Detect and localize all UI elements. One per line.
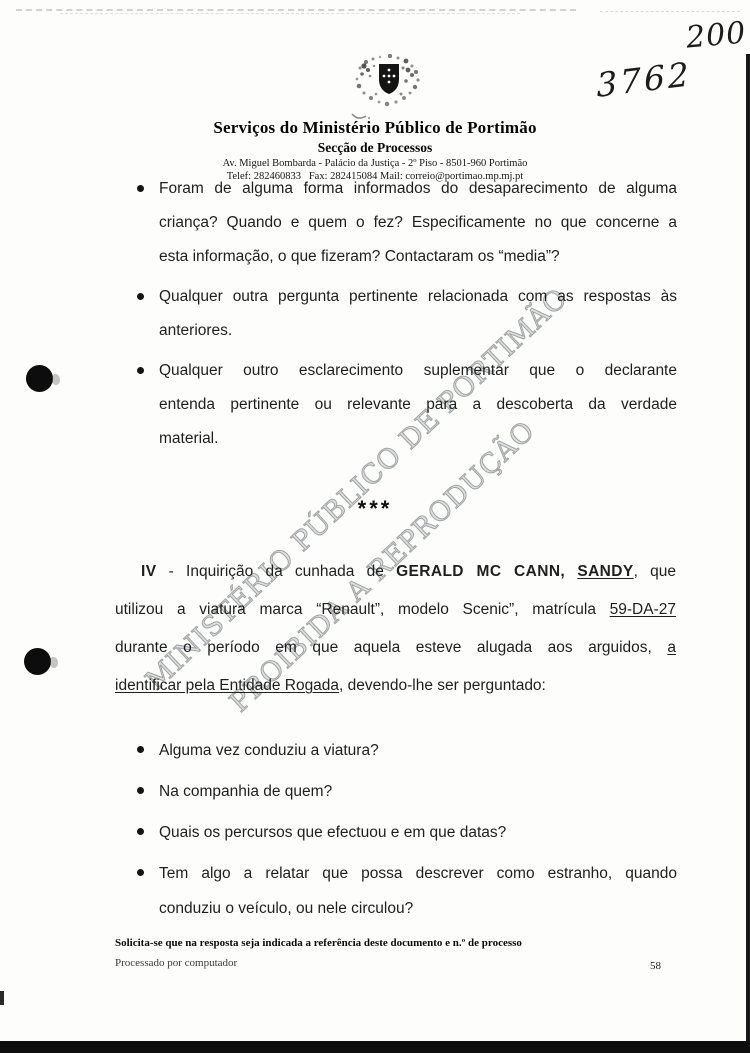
bullet-icon [137, 869, 144, 876]
bullet-icon [137, 367, 144, 374]
section-iv-paragraph: IV - Inquirição da cunhada de GERALD MC … [115, 553, 676, 705]
license-plate: 59-DA-27 [610, 601, 676, 618]
question-line: Tem algo a relatar que possa descrever c… [159, 856, 677, 891]
hole-punch-mark [26, 365, 53, 392]
list-item: Tem algo a relatar que possa descrever c… [137, 856, 677, 926]
hole-punch-mark [24, 648, 51, 675]
paragraph-line: IV - Inquirição da cunhada de GERALD MC … [115, 553, 676, 591]
scan-edge-right [746, 54, 750, 1053]
scanned-document-page: 200 3762 [0, 0, 750, 1053]
paragraph-line: durante o período em que aquela esteve a… [115, 629, 676, 667]
question-line: Foram de alguma forma informados do desa… [159, 172, 677, 206]
scan-noise-top [16, 9, 576, 11]
section-separator: *** [0, 496, 750, 522]
question-line: Na companhia de quem? [159, 774, 677, 809]
list-item: Foram de alguma forma informados do desa… [137, 172, 677, 274]
question-line: Alguma vez conduziu a viatura? [159, 733, 677, 768]
footer-note: Solicita-se que na resposta seja indicad… [115, 937, 522, 949]
scan-noise-top [600, 11, 740, 12]
scan-edge-mark [0, 991, 4, 1005]
bullet-icon [137, 828, 144, 835]
section-number: IV [141, 563, 156, 580]
org-name: Serviços do Ministério Público de Portim… [0, 118, 750, 138]
bullet-icon [137, 787, 144, 794]
handwritten-process-number: 3762 [595, 54, 692, 105]
question-line: anteriores. [159, 314, 677, 348]
bullet-icon [137, 746, 144, 753]
paragraph-line: identificar pela Entidade Rogada, devend… [115, 667, 676, 705]
coat-of-arms-emblem [346, 54, 430, 126]
scan-noise-top [60, 13, 520, 14]
person-name: SANDY [577, 563, 633, 580]
question-line: Qualquer outro esclarecimento suplementa… [159, 354, 677, 388]
question-line: esta informação, o que fizeram? Contacta… [159, 240, 677, 274]
footer-processed-by: Processado por computador [115, 957, 237, 969]
question-line: entenda pertinente ou relevante para a d… [159, 388, 677, 422]
handwritten-page-number: 200 [685, 15, 748, 55]
list-item: Qualquer outro esclarecimento suplementa… [137, 354, 677, 456]
question-line: criança? Quando e quem o fez? Especifica… [159, 206, 677, 240]
list-item: Na companhia de quem? [137, 774, 677, 809]
scan-edge-bottom [0, 1041, 750, 1053]
question-line: Quais os percursos que efectuou e em que… [159, 815, 677, 850]
question-line: conduziu o veículo, ou nele circulou? [159, 891, 677, 926]
page-number: 58 [650, 960, 661, 972]
question-line: material. [159, 422, 677, 456]
section-title: Secção de Processos [0, 140, 750, 156]
question-line: Qualquer outra pergunta pertinente relac… [159, 280, 677, 314]
paragraph-line: utilizou a viatura marca “Renault”, mode… [115, 591, 676, 629]
person-name: GERALD MC CANN, [396, 563, 565, 580]
address-line: Av. Miguel Bombarda - Palácio da Justiça… [0, 158, 750, 169]
question-list-top: Foram de alguma forma informados do desa… [137, 172, 677, 462]
list-item: Quais os percursos que efectuou e em que… [137, 815, 677, 850]
bullet-icon [137, 185, 144, 192]
bullet-icon [137, 293, 144, 300]
list-item: Qualquer outra pergunta pertinente relac… [137, 280, 677, 348]
question-list-bottom: Alguma vez conduziu a viatura? Na compan… [137, 733, 677, 932]
list-item: Alguma vez conduziu a viatura? [137, 733, 677, 768]
